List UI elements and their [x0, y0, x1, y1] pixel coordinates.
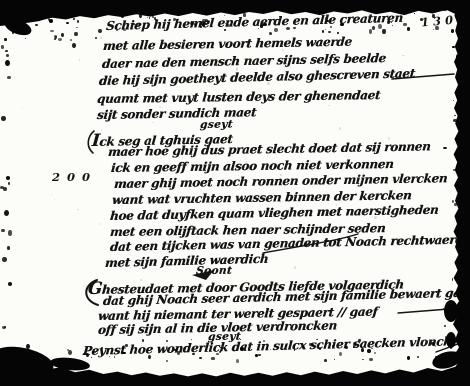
speckle-dot	[147, 17, 148, 18]
manuscript-line-5: quamt met vuyt lusten deys der ghenendae…	[96, 88, 380, 106]
speckle-dot	[417, 356, 419, 358]
speckle-dot	[49, 14, 53, 18]
speckle-dot	[403, 23, 407, 27]
speckle-dot	[387, 21, 390, 24]
speckle-dot	[263, 23, 267, 26]
speckle-dot	[8, 182, 11, 185]
speckle-dot	[324, 359, 327, 362]
speckle-dot	[316, 339, 318, 340]
speckle-dot	[166, 340, 168, 342]
speckle-dot	[174, 349, 177, 351]
speckle-dot	[7, 246, 10, 250]
speckle-dot	[61, 33, 64, 37]
speckle-dot	[58, 38, 62, 41]
speckle-dot	[236, 67, 238, 70]
speckle-dot	[32, 14, 34, 17]
speckle-dot	[302, 244, 304, 246]
speckle-dot	[339, 127, 341, 129]
speckle-dot	[204, 93, 206, 96]
speckle-dot	[443, 8, 447, 11]
dash-flourish	[398, 309, 449, 313]
speckle-dot	[359, 338, 361, 341]
speckle-dot	[1, 45, 4, 48]
speckle-dot	[407, 356, 410, 360]
speckle-dot	[142, 339, 144, 342]
speckle-dot	[5, 50, 8, 52]
speckle-dot	[70, 39, 72, 41]
speckle-dot	[274, 28, 278, 32]
speckle-dot	[66, 22, 69, 24]
speckle-dot	[4, 38, 7, 40]
speckle-dot	[409, 315, 410, 316]
speckle-dot	[201, 21, 205, 25]
speckle-dot	[325, 29, 326, 30]
speckle-dot	[369, 358, 372, 360]
speckle-dot	[54, 38, 56, 40]
speckle-dot	[76, 27, 78, 28]
speckle-dot	[269, 32, 273, 35]
speckle-dot	[91, 357, 92, 358]
speckle-dot	[100, 37, 101, 38]
speckle-dot	[334, 359, 335, 361]
speckle-dot	[72, 43, 76, 47]
speckle-dot	[51, 194, 52, 195]
speckle-dot	[22, 108, 23, 109]
speckle-dot	[243, 13, 246, 16]
speckle-dot	[302, 346, 305, 348]
scan-edge-right	[450, 0, 470, 386]
speckle-dot	[213, 96, 215, 98]
speckle-dot	[444, 325, 446, 327]
margin-note: 200	[52, 170, 97, 184]
speckle-dot	[73, 18, 75, 21]
speckle-dot	[453, 119, 457, 122]
speckle-dot	[339, 352, 342, 356]
speckle-dot	[407, 27, 410, 30]
speckle-dot	[337, 32, 339, 34]
speckle-dot	[280, 174, 282, 175]
speckle-dot	[116, 30, 118, 31]
speckle-dot	[194, 23, 196, 25]
speckle-dot	[282, 49, 285, 51]
speckle-dot	[173, 18, 176, 22]
speckle-dot	[451, 29, 454, 33]
speckle-dot	[143, 348, 145, 349]
speckle-dot	[4, 210, 9, 216]
speckle-dot	[435, 26, 438, 30]
speckle-dot	[101, 130, 103, 132]
speckle-dot	[7, 76, 10, 79]
speckle-dot	[139, 14, 142, 18]
speckle-dot	[49, 19, 53, 23]
manuscript-line-16: met sijn familie waerdich	[104, 252, 268, 270]
speckle-dot	[293, 27, 296, 29]
speckle-dot	[77, 20, 79, 23]
speckle-dot	[26, 344, 30, 349]
speckle-dot	[121, 15, 124, 17]
speckle-dot	[431, 342, 433, 345]
speckle-dot	[199, 357, 201, 359]
speckle-dot	[367, 349, 371, 353]
speckle-dot	[372, 26, 375, 30]
speckle-dot	[294, 266, 296, 269]
speckle-dot	[328, 105, 330, 106]
speckle-dot	[54, 199, 55, 200]
speckle-dot	[94, 16, 97, 18]
speckle-dot	[374, 216, 376, 219]
speckle-dot	[438, 175, 440, 178]
speckle-dot	[454, 203, 457, 206]
speckle-dot	[432, 14, 435, 17]
speckle-dot	[0, 186, 4, 189]
speckle-dot	[433, 29, 434, 30]
speckle-dot	[152, 122, 153, 123]
speckle-dot	[453, 169, 455, 171]
speckle-dot	[50, 30, 54, 33]
speckle-dot	[3, 187, 7, 191]
speckle-dot	[38, 17, 41, 21]
speckle-dot	[286, 27, 290, 30]
speckle-dot	[79, 59, 81, 61]
manuscript-line-23: Peynst hoe wonderlick dat in sulcx schie…	[82, 334, 467, 358]
speckle-dot	[166, 360, 168, 362]
speckle-dot	[362, 359, 363, 360]
speckle-dot	[211, 357, 215, 359]
speckle-dot	[2, 326, 6, 329]
speckle-dot	[1, 229, 5, 233]
speckle-dot	[140, 279, 141, 281]
speckle-dot	[95, 37, 98, 39]
speckle-dot	[8, 230, 13, 236]
speckle-dot	[322, 30, 325, 33]
speckle-dot	[6, 176, 10, 180]
speckle-dot	[456, 54, 460, 59]
speckle-dot	[378, 24, 381, 29]
speckle-dot	[353, 342, 357, 347]
speckle-dot	[192, 353, 195, 355]
speckle-dot	[456, 29, 457, 30]
speckle-dot	[25, 38, 26, 39]
speckle-dot	[2, 257, 7, 262]
speckle-dot	[452, 278, 454, 280]
speckle-dot	[382, 29, 385, 33]
speckle-dot	[319, 347, 322, 350]
speckle-dot	[345, 346, 348, 350]
speckle-dot	[137, 88, 139, 90]
speckle-dot	[369, 29, 373, 34]
speckle-dot	[420, 18, 424, 21]
speckle-dot	[267, 82, 270, 85]
speckle-dot	[460, 14, 461, 16]
speckle-dot	[177, 351, 180, 355]
folio-number: 130	[420, 12, 457, 29]
speckle-dot	[98, 29, 102, 33]
speckle-dot	[336, 204, 337, 205]
manuscript-line-2: met alle besieren voort hemels waerde	[102, 35, 352, 53]
speckle-dot	[99, 223, 101, 225]
speckle-dot	[240, 226, 241, 227]
speckle-dot	[236, 359, 239, 363]
speckle-dot	[67, 349, 70, 351]
speckle-dot	[77, 209, 78, 210]
speckle-dot	[11, 22, 15, 25]
speckle-dot	[452, 46, 455, 49]
speckle-dot	[258, 28, 259, 29]
speckle-dot	[148, 355, 151, 359]
speckle-dot	[263, 340, 264, 341]
speckle-dot	[5, 60, 10, 66]
speckle-dot	[35, 24, 38, 26]
speckle-dot	[443, 147, 446, 149]
speckle-dot	[225, 23, 227, 24]
speckle-dot	[452, 200, 455, 203]
speckle-dot	[258, 354, 260, 355]
scanned-manuscript-page: 130 200 Schiep hij hemel ende aerde en a…	[0, 0, 470, 386]
speckle-dot	[328, 31, 331, 33]
speckle-dot	[453, 100, 455, 101]
speckle-dot	[1, 116, 6, 122]
speckle-dot	[402, 55, 404, 57]
speckle-dot	[8, 282, 12, 286]
ink-blob	[444, 300, 458, 322]
speckle-dot	[332, 345, 334, 347]
speckle-dot	[74, 32, 78, 36]
speckle-dot	[68, 350, 72, 355]
speckle-dot	[6, 54, 9, 57]
speckle-dot	[374, 352, 376, 355]
speckle-dot	[159, 106, 161, 108]
speckle-dot	[414, 13, 415, 14]
speckle-dot	[361, 348, 364, 352]
speckle-dot	[330, 26, 332, 28]
speckle-dot	[392, 25, 393, 26]
speckle-dot	[454, 115, 456, 116]
